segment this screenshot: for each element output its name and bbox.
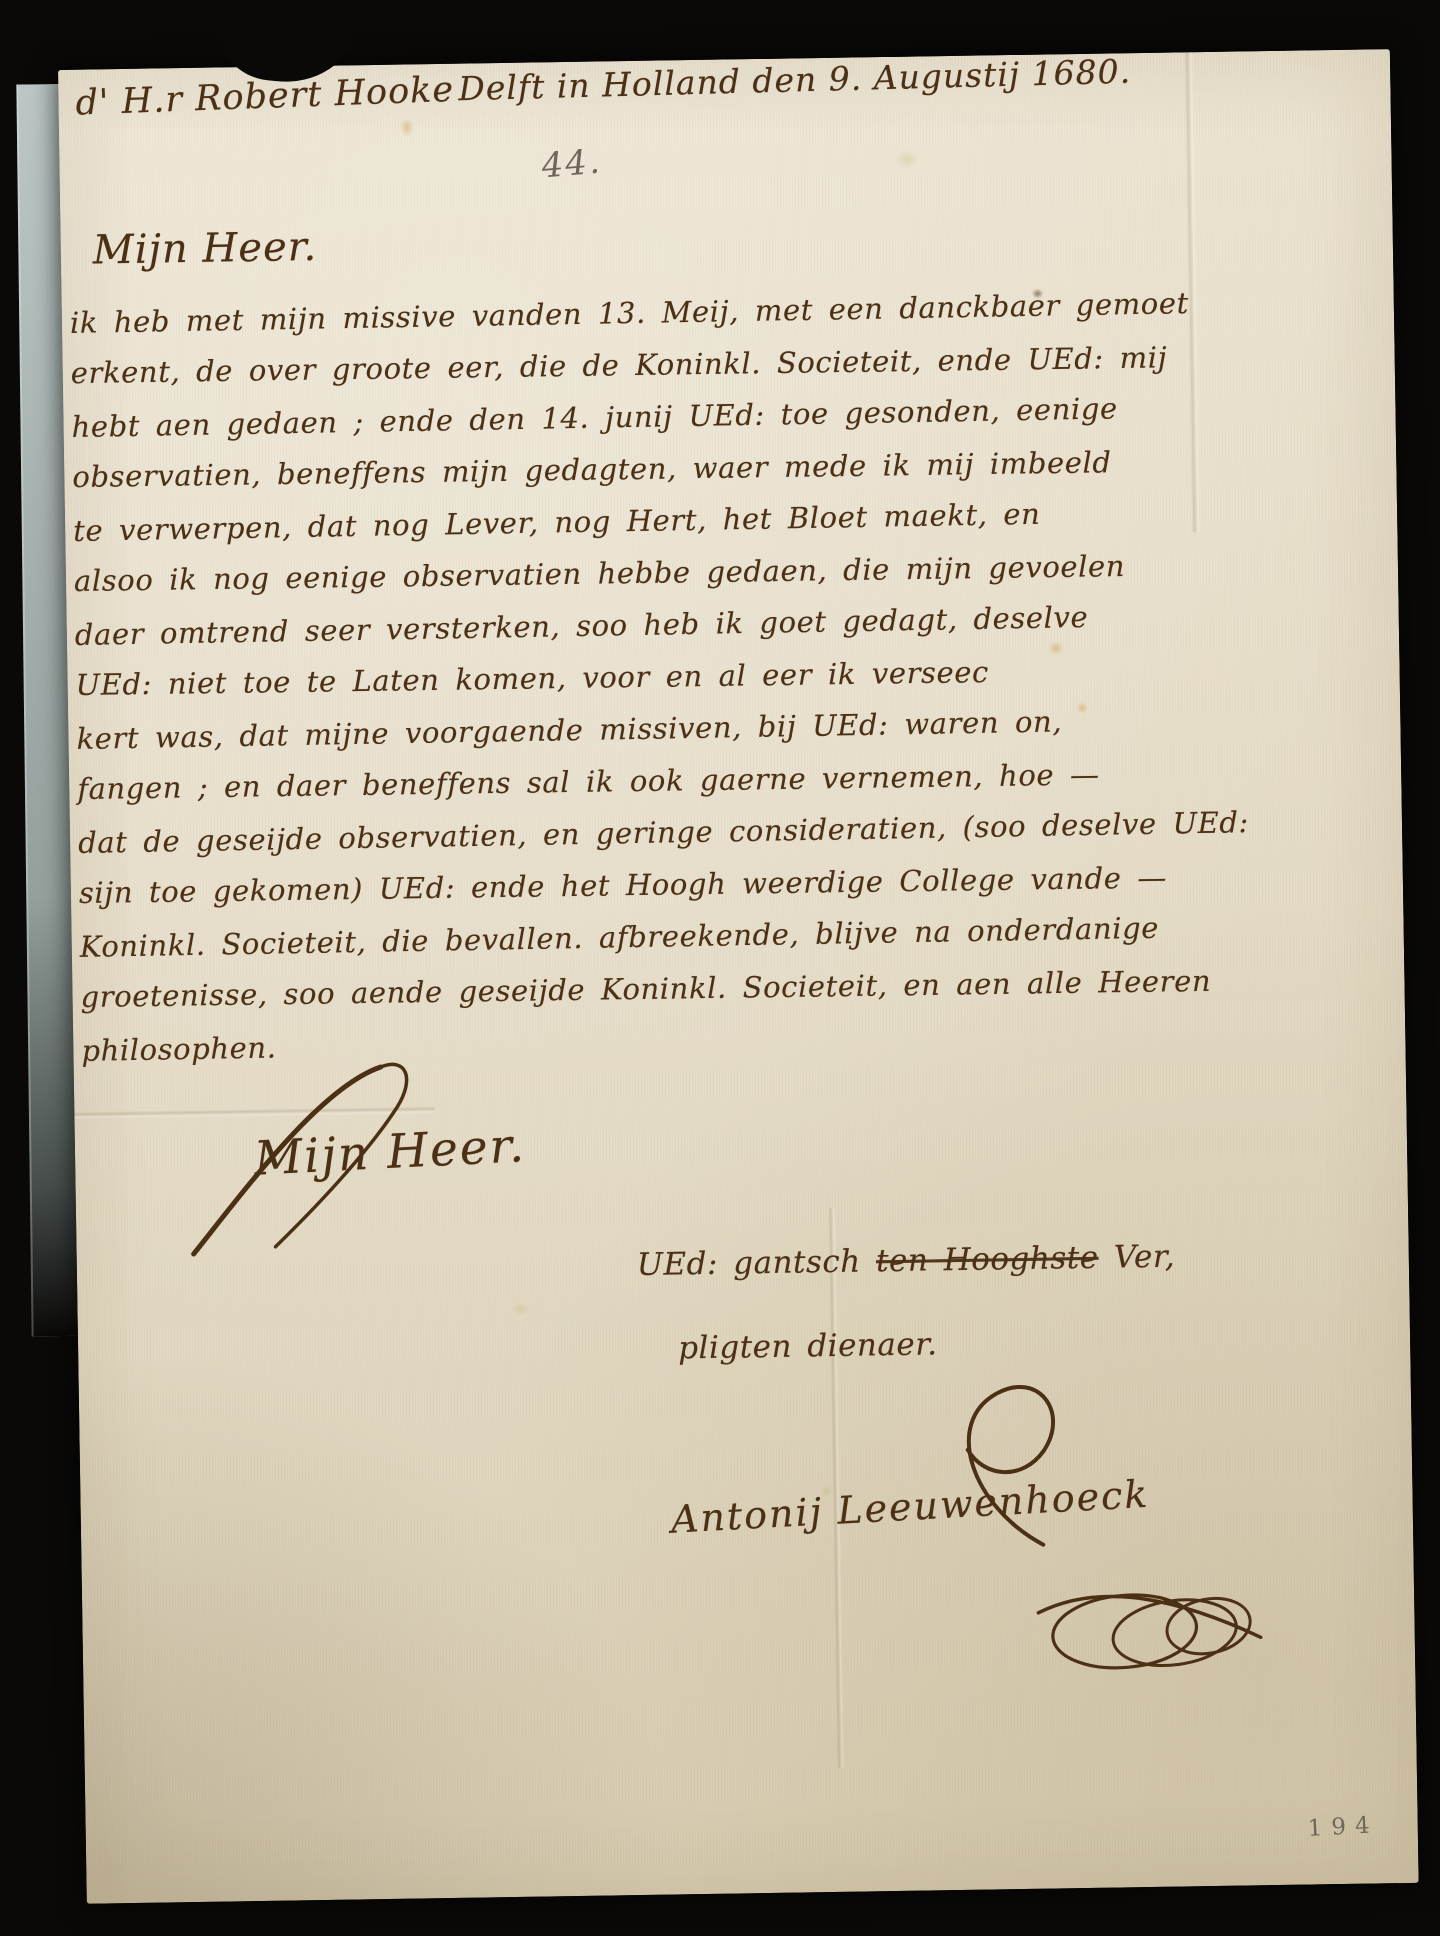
signature-flourish-icon [891, 1376, 1104, 1559]
letter-page: d' H.r Robert Hooke Delft in Holland den… [58, 49, 1419, 1904]
valediction-line2: pligten dienaer. [678, 1326, 938, 1366]
paper-stain [889, 144, 923, 175]
folio-number: 194 [1307, 1812, 1379, 1842]
dateline: Delft in Holland den 9. Augustij 1680. [458, 52, 1132, 109]
valediction-struck-words: ten Hooghste [876, 1240, 1099, 1279]
paper-stain [397, 114, 417, 140]
signature-knot-icon [1031, 1545, 1273, 1709]
salutation: Mijn Heer. [92, 224, 317, 274]
valediction-line1: UEd: gantsch ten Hooghste Ver, [637, 1239, 1176, 1283]
archival-number-annotation: 44. [540, 141, 603, 186]
closing-block: Mijn Heer. [169, 1048, 692, 1276]
letter-body: ik heb met mijn missive vanden 13. Meij,… [70, 279, 1177, 1076]
valediction-text: Ver, [1098, 1239, 1175, 1276]
valediction-text: UEd: gantsch [637, 1243, 877, 1283]
paper-stain [507, 1299, 533, 1319]
photographed-letter-scene: d' H.r Robert Hooke Delft in Holland den… [0, 0, 1440, 1936]
